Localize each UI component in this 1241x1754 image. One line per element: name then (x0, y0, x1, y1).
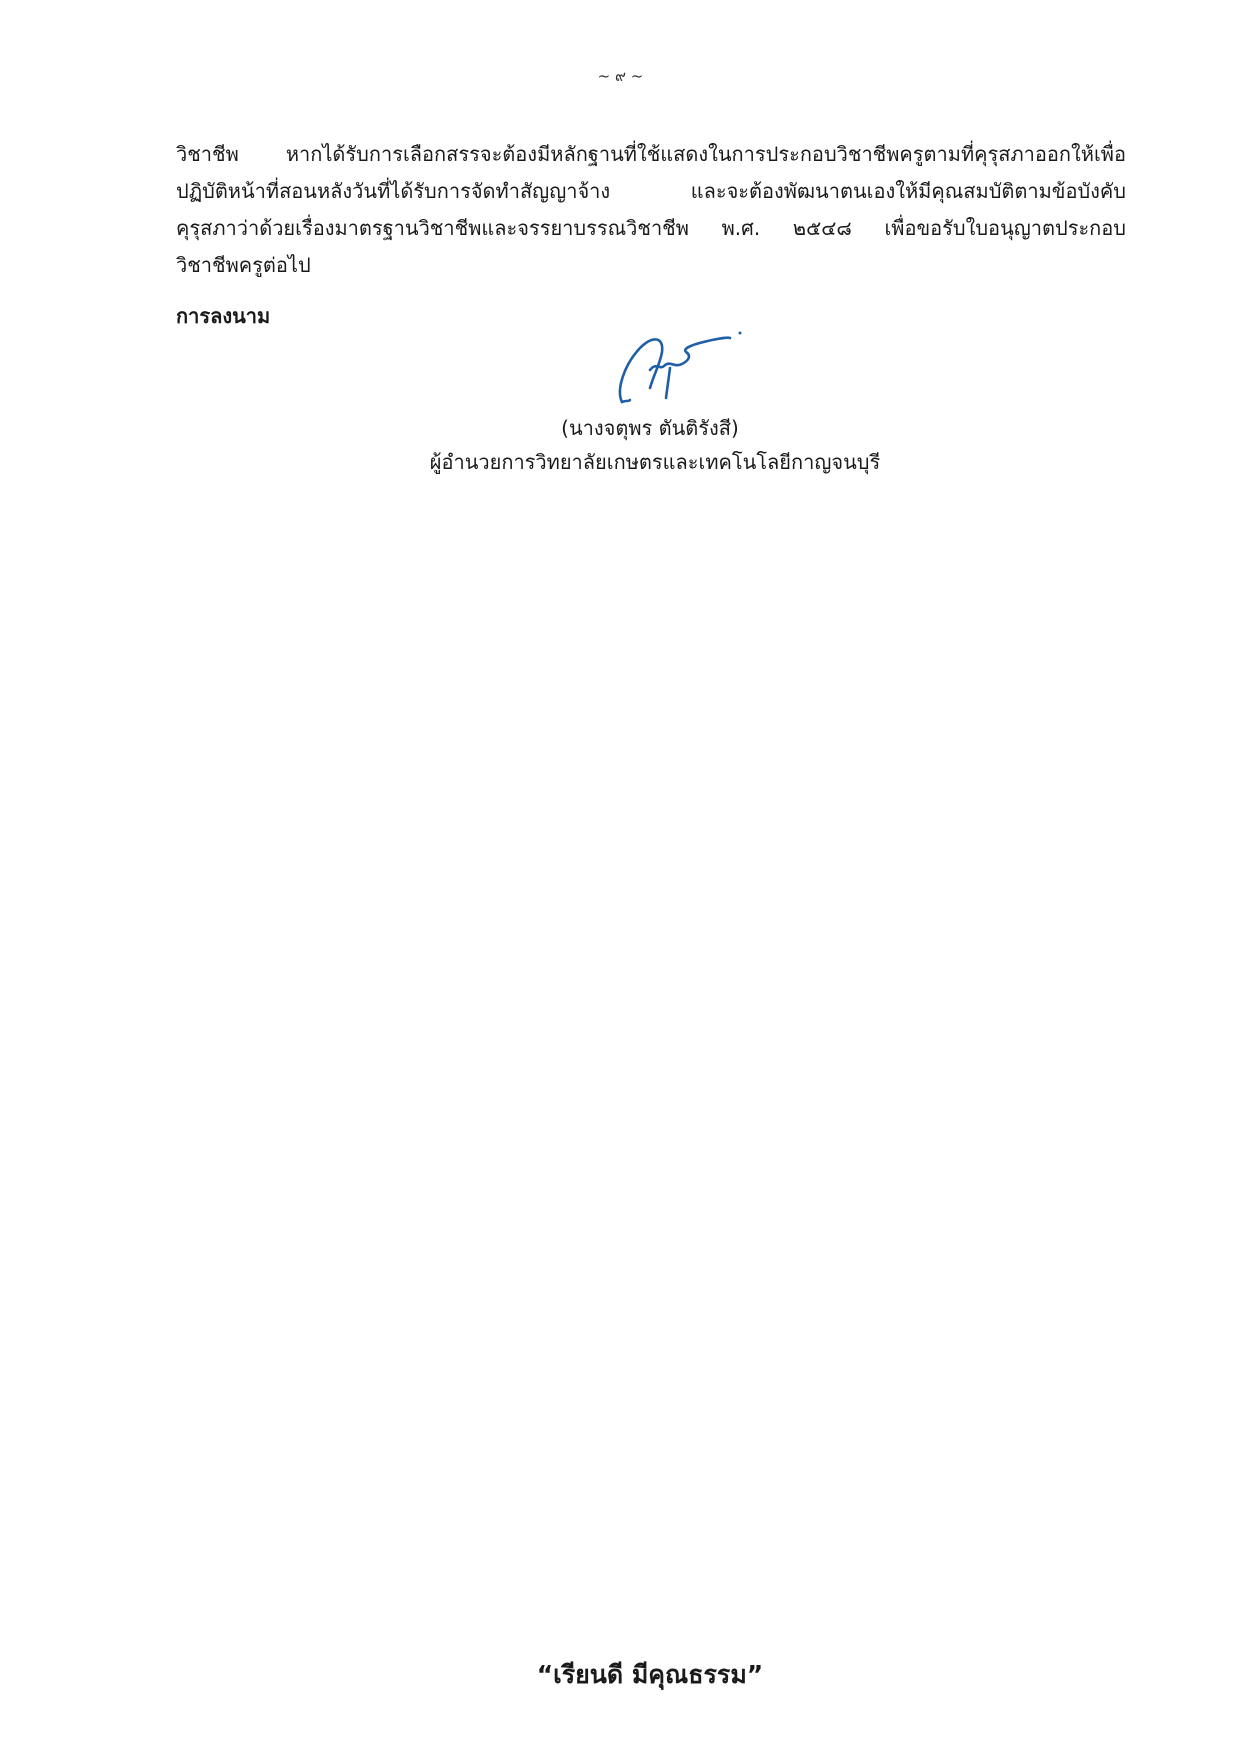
body-line: วิชาชีพ หากได้รับการเลือกสรรจะต้องมีหลัก… (176, 136, 1126, 173)
signer-name: (นางจตุพร ตันติรังสี) (0, 412, 1241, 444)
body-line: วิชาชีพครูต่อไป (176, 247, 1126, 284)
signature-heading: การลงนาม (176, 300, 270, 332)
handwritten-signature-icon (612, 330, 762, 410)
page-number: ~ ๙ ~ (0, 64, 1241, 88)
body-line: คุรุสภาว่าด้วยเรื่องมาตรฐานวิชาชีพและจรร… (176, 210, 1126, 247)
body-line: ปฏิบัติหน้าที่สอนหลังวันที่ได้รับการจัดท… (176, 173, 1126, 210)
body-paragraph: วิชาชีพ หากได้รับการเลือกสรรจะต้องมีหลัก… (176, 136, 1126, 284)
motto-footer: “เรียนดี มีคุณธรรม” (0, 1655, 1241, 1695)
signer-title: ผู้อำนวยการวิทยาลัยเกษตรและเทคโนโลยีกาญจ… (0, 446, 1241, 478)
